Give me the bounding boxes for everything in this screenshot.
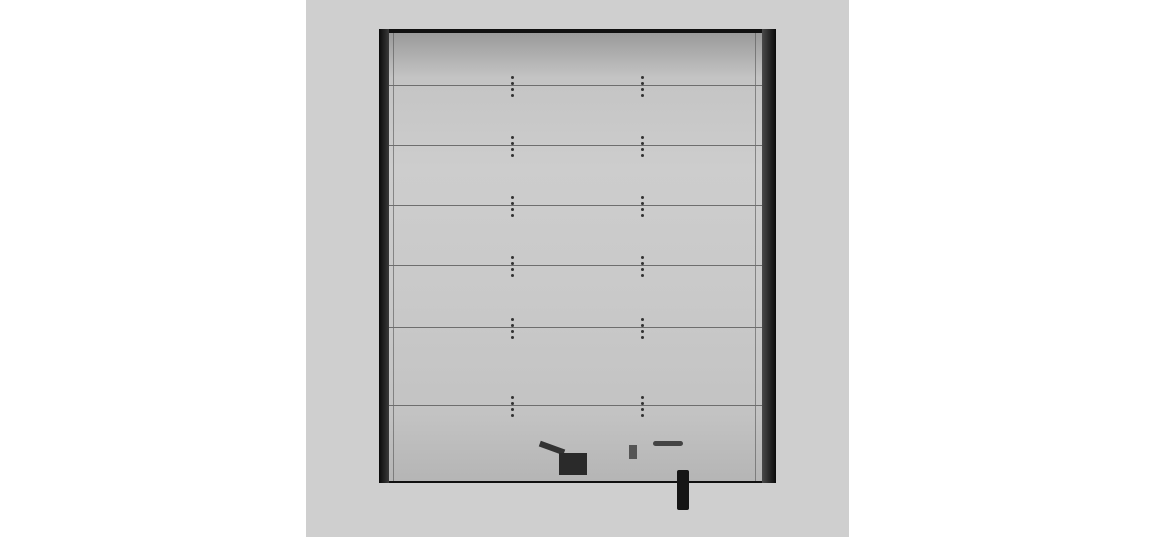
hinge-bolt (511, 88, 514, 91)
hinge-bolt (641, 196, 644, 199)
hinge-bolt (641, 76, 644, 79)
hinge-bolt (641, 336, 644, 339)
hinge-bolt (641, 208, 644, 211)
hinge-bolt (641, 324, 644, 327)
panel-seam (389, 85, 762, 86)
hinge-bolt (511, 202, 514, 205)
hinge-bolt (641, 82, 644, 85)
hinge-bolt (641, 396, 644, 399)
hinge-bolt (511, 408, 514, 411)
hinge-bolt (511, 402, 514, 405)
hinge-bolt (641, 148, 644, 151)
panel-seam (389, 205, 762, 206)
right-cable (755, 33, 756, 481)
hinge-bolt (511, 136, 514, 139)
hinge-bolt (511, 196, 514, 199)
hinge-bolt (641, 318, 644, 321)
door-panels (389, 33, 762, 481)
hinge-bolt (641, 262, 644, 265)
left-track (379, 29, 389, 483)
right-track (762, 29, 776, 483)
hinge-bolt (511, 94, 514, 97)
hinge-bolt (641, 268, 644, 271)
hinge-bolt (641, 202, 644, 205)
hinge-bolt (641, 330, 644, 333)
hinge-bolt (641, 142, 644, 145)
hinge-bolt (511, 82, 514, 85)
panel-seam (389, 405, 762, 406)
hinge-bolt (641, 402, 644, 405)
hinge-bolt (511, 76, 514, 79)
hinge-bolt (641, 414, 644, 417)
panel-seam (389, 327, 762, 328)
hinge-bolt (511, 396, 514, 399)
hinge-bolt (511, 336, 514, 339)
panel-seam (389, 265, 762, 266)
hinge-bolt (511, 142, 514, 145)
hinge-bolt (641, 408, 644, 411)
hinge-bolt (511, 214, 514, 217)
hinge-bolt (511, 268, 514, 271)
pull-rope (677, 470, 689, 510)
hinge-bolt (641, 136, 644, 139)
hinge-bolt (641, 154, 644, 157)
bracket (629, 445, 637, 459)
hinge-bolt (641, 88, 644, 91)
hinge-bolt (511, 324, 514, 327)
lock-latch (559, 453, 587, 475)
hinge-bolt (641, 274, 644, 277)
hinge-bolt (511, 256, 514, 259)
hinge-bolt (641, 214, 644, 217)
hinge-bolt (511, 154, 514, 157)
pull-handle (653, 441, 683, 446)
hinge-bolt (511, 208, 514, 211)
hinge-bolt (511, 318, 514, 321)
hinge-bolt (641, 256, 644, 259)
hinge-bolt (511, 414, 514, 417)
hinge-bolt (641, 94, 644, 97)
hinge-bolt (511, 148, 514, 151)
left-cable (393, 33, 394, 481)
panel-seam (389, 145, 762, 146)
hinge-bolt (511, 274, 514, 277)
garage-door-photo (306, 0, 849, 537)
hinge-bolt (511, 262, 514, 265)
hinge-bolt (511, 330, 514, 333)
garage-door (379, 29, 776, 483)
